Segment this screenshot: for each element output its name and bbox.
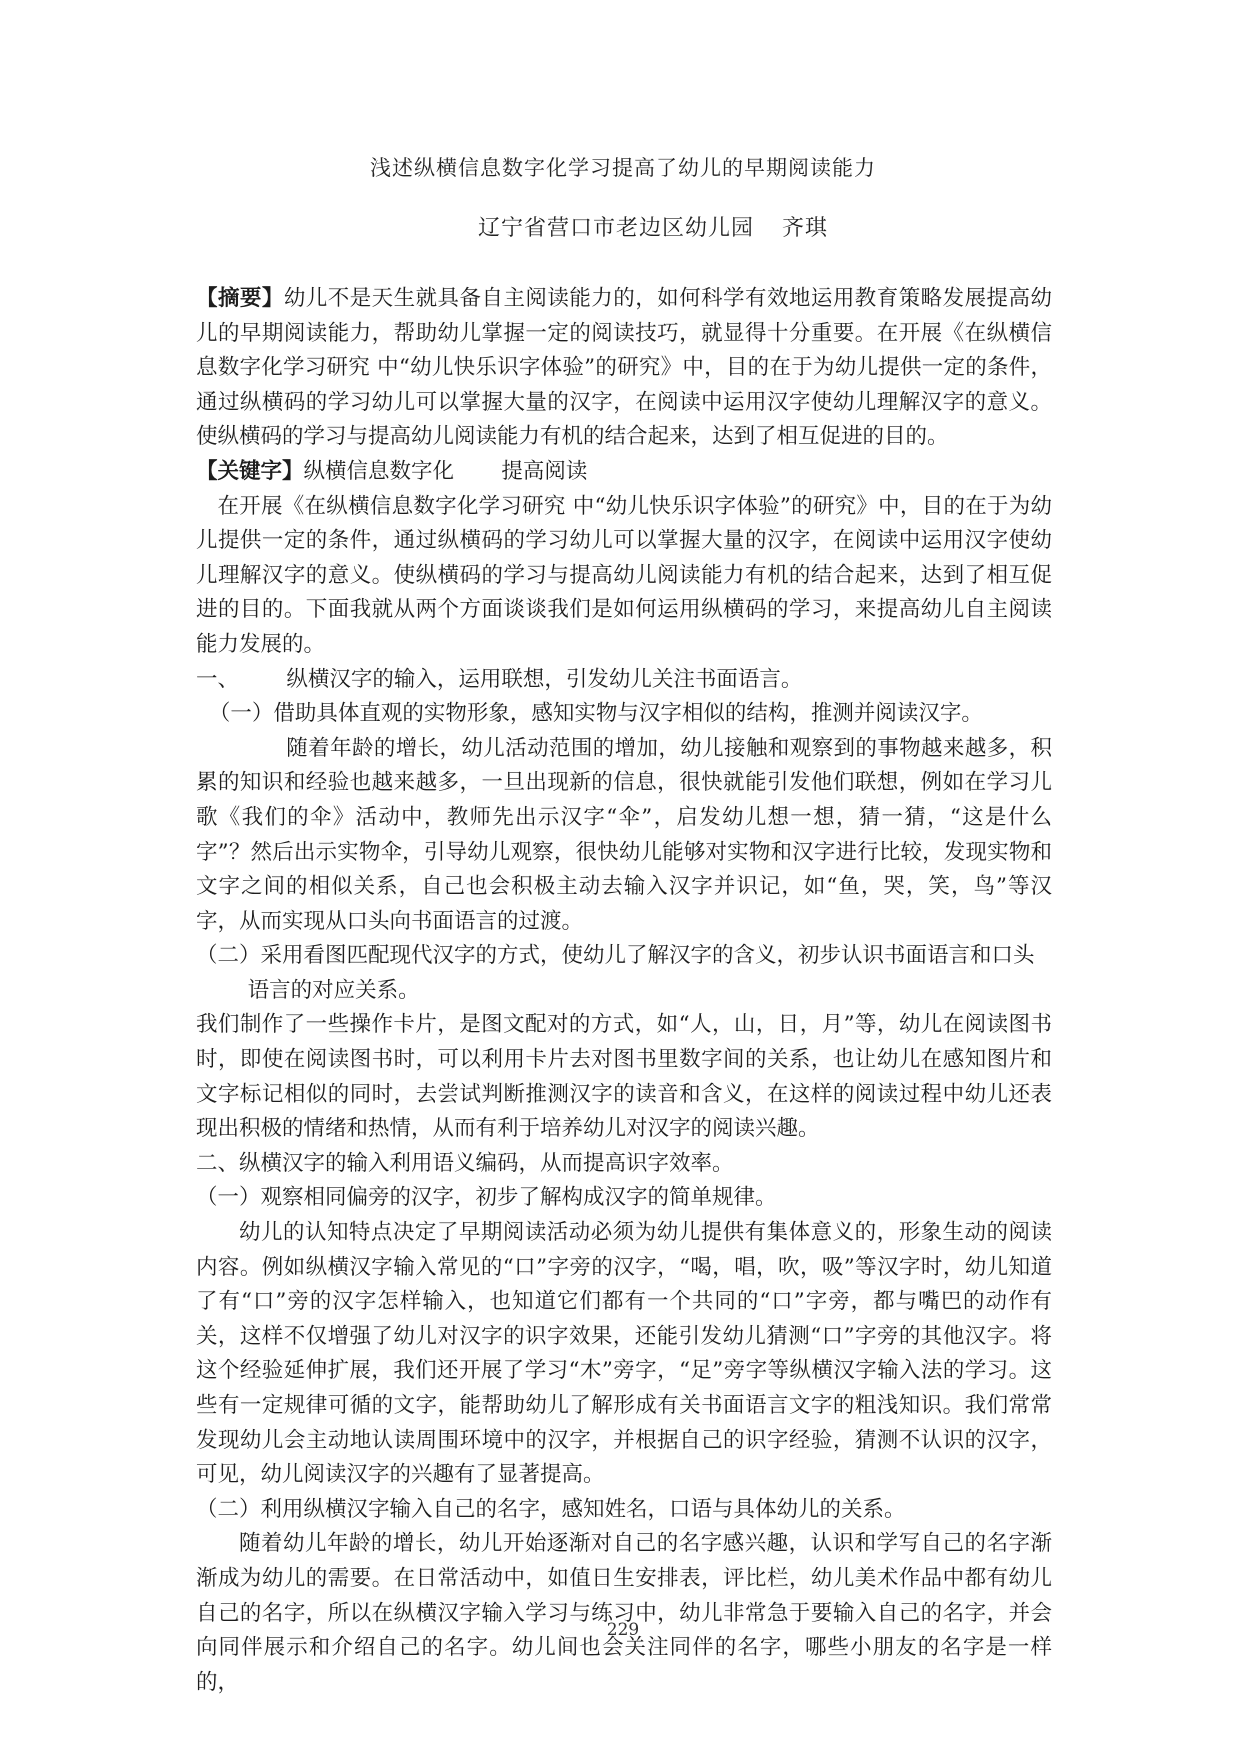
body-paragraph: 随着年龄的增长，幼儿活动范围的增加，幼儿接触和观察到的事物越来越多，积累的知识和… [196, 732, 1052, 940]
section-heading: 一、纵横汉字的输入，运用联想，引发幼儿关注书面语言。 [196, 663, 1052, 698]
subsection-number: （二） [196, 943, 261, 968]
subsection-title: 采用看图匹配现代汉字的方式，使幼儿了解汉字的含义，初步认识书面语言和口头 [261, 943, 1035, 968]
author-name: 齐琪 [782, 216, 828, 241]
section-title: 纵横汉字的输入，运用联想，引发幼儿关注书面语言。 [286, 667, 802, 692]
subsection-number: （二） [196, 1497, 261, 1522]
subsection-title: 借助具体直观的实物形象，感知实物与汉字相似的结构，推测并阅读汉字。 [273, 701, 983, 726]
abstract: 【摘要】幼儿不是天生就具备自主阅读能力的，如何科学有效地运用教育策略发展提高幼儿… [196, 282, 1052, 455]
paper-title: 浅述纵横信息数字化学习提高了幼儿的早期阅读能力 [0, 152, 1246, 182]
body-paragraph: 我们制作了一些操作卡片，是图文配对的方式，如“人，山，日，月”等，幼儿在阅读图书… [196, 1008, 1052, 1146]
paper-body: 【摘要】幼儿不是天生就具备自主阅读能力的，如何科学有效地运用教育策略发展提高幼儿… [196, 282, 1052, 1700]
keyword-item: 提高阅读 [501, 459, 587, 484]
subsection-title: 利用纵横汉字输入自己的名字，感知姓名，口语与具体幼儿的关系。 [261, 1497, 906, 1522]
body-paragraph: 幼儿的认知特点决定了早期阅读活动必须为幼儿提供有集体意义的，形象生动的阅读内容。… [196, 1216, 1052, 1493]
abstract-label: 【摘要】 [196, 286, 284, 311]
abstract-text: 幼儿不是天生就具备自主阅读能力的，如何科学有效地运用教育策略发展提高幼儿的早期阅… [196, 286, 1052, 449]
page-number: 229 [0, 1620, 1246, 1640]
subsection-title: 观察相同偏旁的汉字，初步了解构成汉字的简单规律。 [261, 1185, 777, 1210]
keywords-label: 【关键字】 [196, 459, 304, 484]
author-affiliation: 辽宁省营口市老边区幼儿园 [478, 216, 754, 241]
subsection-number: （一） [196, 1185, 261, 1210]
subsection-heading-continued: 语言的对应关系。 [196, 974, 1052, 1009]
keywords: 【关键字】纵横信息数字化提高阅读 [196, 455, 1052, 490]
subsection-heading: （一）观察相同偏旁的汉字，初步了解构成汉字的简单规律。 [196, 1181, 1052, 1216]
section-title: 纵横汉字的输入利用语义编码，从而提高识字效率。 [239, 1151, 734, 1176]
keyword-item: 纵横信息数字化 [304, 459, 455, 484]
section-number: 一、 [196, 667, 239, 692]
intro-paragraph: 在开展《在纵横信息数字化学习研究 中“幼儿快乐识字体验”的研究》中，目的在于为幼… [196, 490, 1052, 663]
section-heading: 二、纵横汉字的输入利用语义编码，从而提高识字效率。 [196, 1147, 1052, 1182]
section-number: 二、 [196, 1151, 239, 1176]
document-page: 浅述纵横信息数字化学习提高了幼儿的早期阅读能力 辽宁省营口市老边区幼儿园齐琪 【… [0, 0, 1246, 1763]
author-line: 辽宁省营口市老边区幼儿园齐琪 [0, 211, 1246, 242]
subsection-heading: （二）利用纵横汉字输入自己的名字，感知姓名，口语与具体幼儿的关系。 [196, 1493, 1052, 1528]
subsection-heading: （二）采用看图匹配现代汉字的方式，使幼儿了解汉字的含义，初步认识书面语言和口头 [196, 939, 1052, 974]
body-paragraph: 随着幼儿年龄的增长，幼儿开始逐渐对自己的名字感兴趣，认识和学写自己的名字渐渐成为… [196, 1527, 1052, 1700]
subsection-number: （一） [209, 701, 274, 726]
subsection-heading: （一）借助具体直观的实物形象，感知实物与汉字相似的结构，推测并阅读汉字。 [196, 697, 1052, 732]
